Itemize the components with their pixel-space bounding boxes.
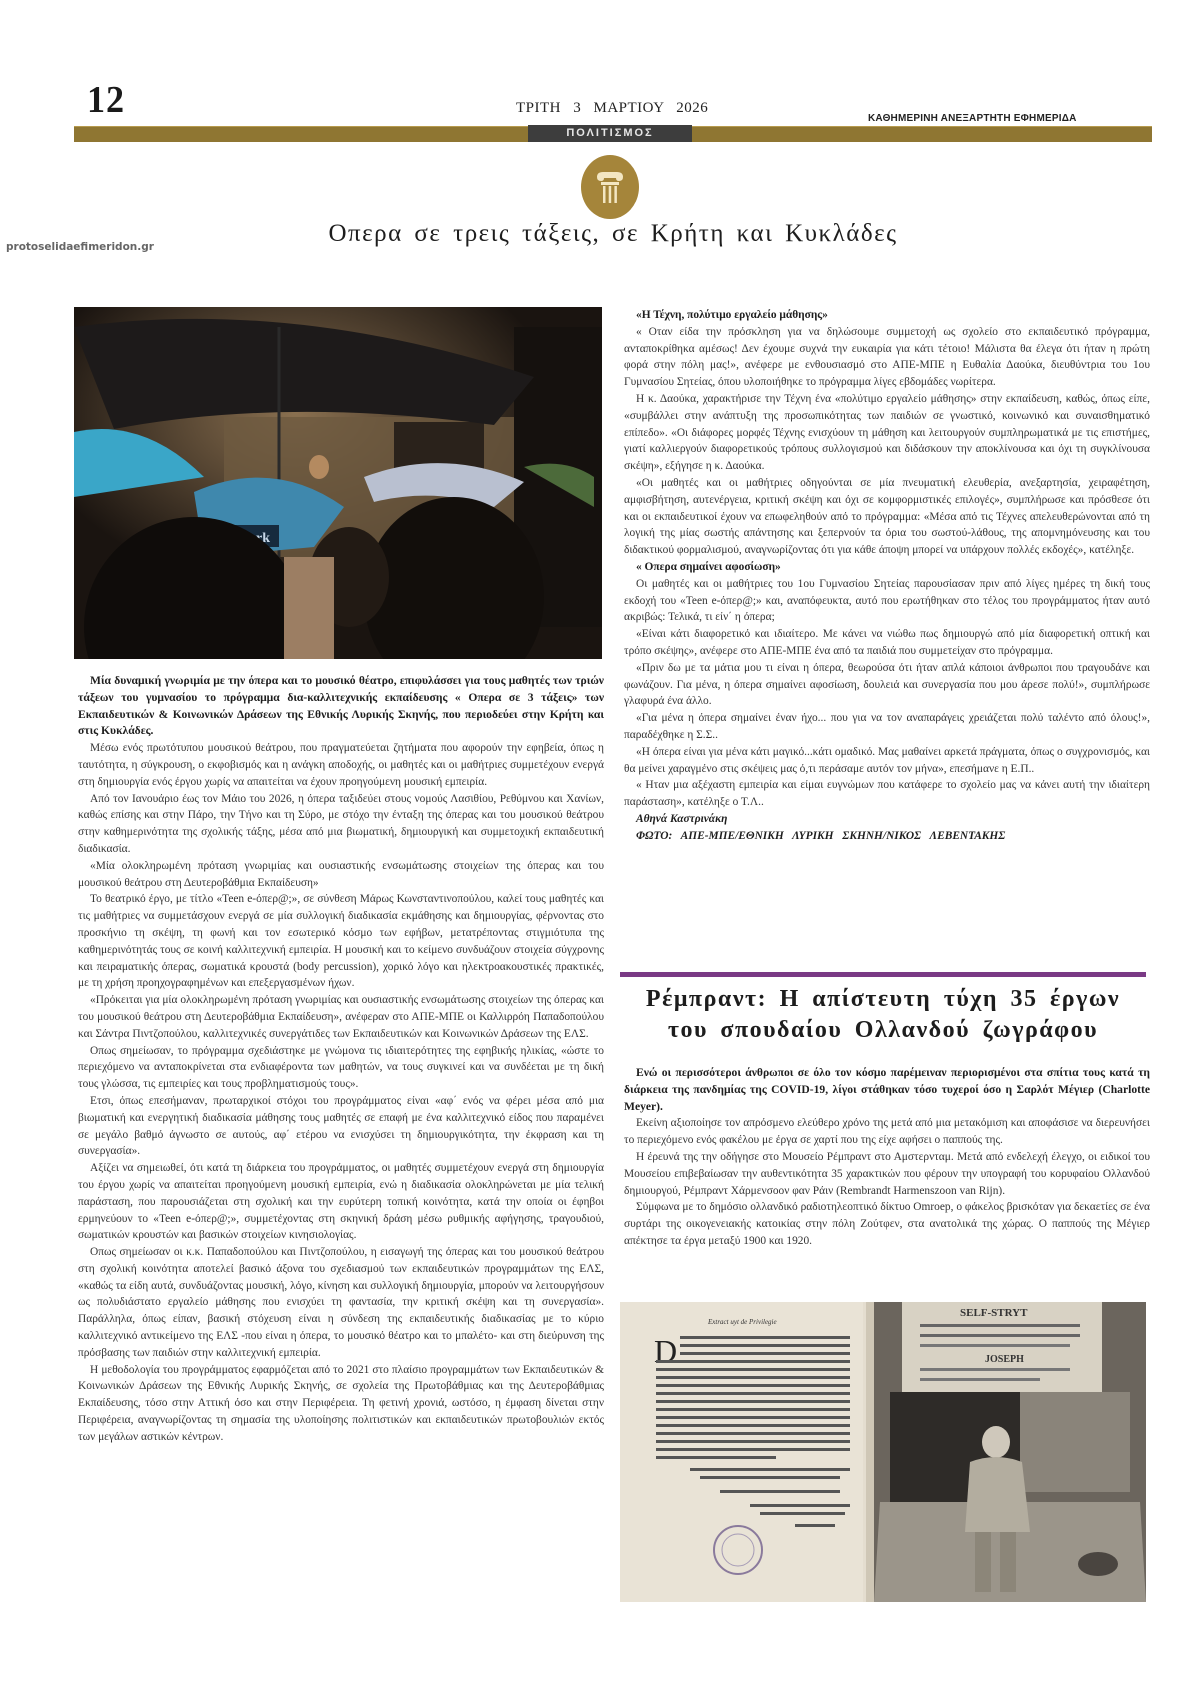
ionic-column-icon [581,155,639,219]
paragraph: «Μία ολοκληρωμένη πρόταση γνωριμίας και … [78,858,604,892]
paragraph: Η κ. Δαούκα, χαρακτήρισε την Τέχνη ένα «… [624,391,1150,475]
article2-column: Ενώ οι περισσότεροι άνθρωποι σε όλο τον … [624,1065,1150,1250]
paragraph: «Για μένα η όπερα σημαίνει έναν ήχο... π… [624,710,1150,744]
photo-credit: ΦΩΤΟ: ΑΠΕ-ΜΠΕ/ΕΘΝΙΚΗ ΛΥΡΙΚΗ ΣΚΗΝΗ/ΝΙΚΟΣ … [624,828,1150,845]
paragraph: «Πρόκειται για μία ολοκληρωμένη πρόταση … [78,992,604,1042]
paragraph: Η έρευνά της την οδήγησε στο Μουσείο Ρέμ… [624,1149,1150,1199]
article1-lead: Μία δυναμική γνωριμία με την όπερα και τ… [78,673,604,740]
paragraph: Σύμφωνα με το δημόσιο ολλανδικό ραδιοτηλ… [624,1199,1150,1249]
article1-right-column: «Η Τέχνη, πολύτιμο εργαλείο μάθησης» « Ο… [624,307,1150,845]
subheading: «Η Τέχνη, πολύτιμο εργαλείο μάθησης» [624,307,1150,324]
author-byline: Αθηνά Καστρινάκη [624,811,1150,828]
book-right-name: JOSEPH [985,1354,1024,1365]
rembrandt-book-photo: Extract uyt de Privilegie D SELF-STRYT J… [620,1302,1146,1602]
article-headline: Οπερα σε τρεις τάξεις, σε Κρήτη και Κυκλ… [0,220,1200,248]
paragraph: Οπως σημείωσαν οι κ.κ. Παπαδοπούλου και … [78,1244,604,1362]
paragraph: Οπως σημείωσαν, το πρόγραμμα σχεδιάστηκε… [78,1043,604,1093]
article-divider [620,972,1146,977]
subheading: « Οπερα σημαίνει αφοσίωση» [624,559,1150,576]
svg-text:D: D [654,1333,677,1369]
paragraph: Η μεθοδολογία του προγράμματος εφαρμόζετ… [78,1362,604,1446]
paragraph: Οι μαθητές και οι μαθήτριες του 1ου Γυμν… [624,576,1150,626]
paragraph: « Οταν είδα την πρόσκληση για να δηλώσου… [624,324,1150,391]
book-left-heading: Extract uyt de Privilegie [707,1318,777,1326]
paragraph: «Η όπερα είναι για μένα κάτι μαγικό...κά… [624,744,1150,778]
section-label: ΠΟΛΙΤΙΣΜΟΣ [528,125,692,142]
masthead-text: ΚΑΘΗΜΕΡΙΝΗ ΑΝΕΞΑΡΤΗΤΗ ΕΦΗΜΕΡΙΔΑ [868,113,1077,124]
issue-date: ΤΡΙΤΗ 3 ΜΑΡΤΙΟΥ 2026 [516,100,708,117]
article2-headline: Ρέμπραντ: Η απίστευτη τύχη 35 έργων του … [620,984,1146,1046]
book-right-title: SELF-STRYT [960,1307,1028,1319]
paragraph: «Είναι κάτι διαφορετικό και ιδιαίτερο. Μ… [624,626,1150,660]
paragraph: « Ηταν μια αξέχαστη εμπειρία και είμαι ε… [624,777,1150,811]
paragraph: Ετσι, όπως επεσήμαναν, πρωταρχικοί στόχο… [78,1093,604,1160]
paragraph: Από τον Ιανουάριο έως τον Μάιο του 2026,… [78,791,604,858]
article1-left-column: Μία δυναμική γνωριμία με την όπερα και τ… [78,673,604,1446]
paragraph: Μέσω ενός πρωτότυπου μουσικού θεάτρου, π… [78,740,604,790]
opera-photo: NewYork [74,307,602,659]
paragraph: Εκείνη αξιοποίησε τον απρόσμενο ελεύθερο… [624,1115,1150,1149]
paragraph: Αξίζει να σημειωθεί, ότι κατά τη διάρκει… [78,1160,604,1244]
paragraph: Το θεατρικό έργο, με τίτλο «Teen e-όπερ@… [78,891,604,992]
paragraph: «Οι μαθητές και οι μαθήτριες οδηγούνται … [624,475,1150,559]
paragraph: «Πριν δω με τα μάτια μου τι είναι η όπερ… [624,660,1150,710]
article2-lead: Ενώ οι περισσότεροι άνθρωποι σε όλο τον … [624,1065,1150,1115]
page-number: 12 [87,78,125,122]
